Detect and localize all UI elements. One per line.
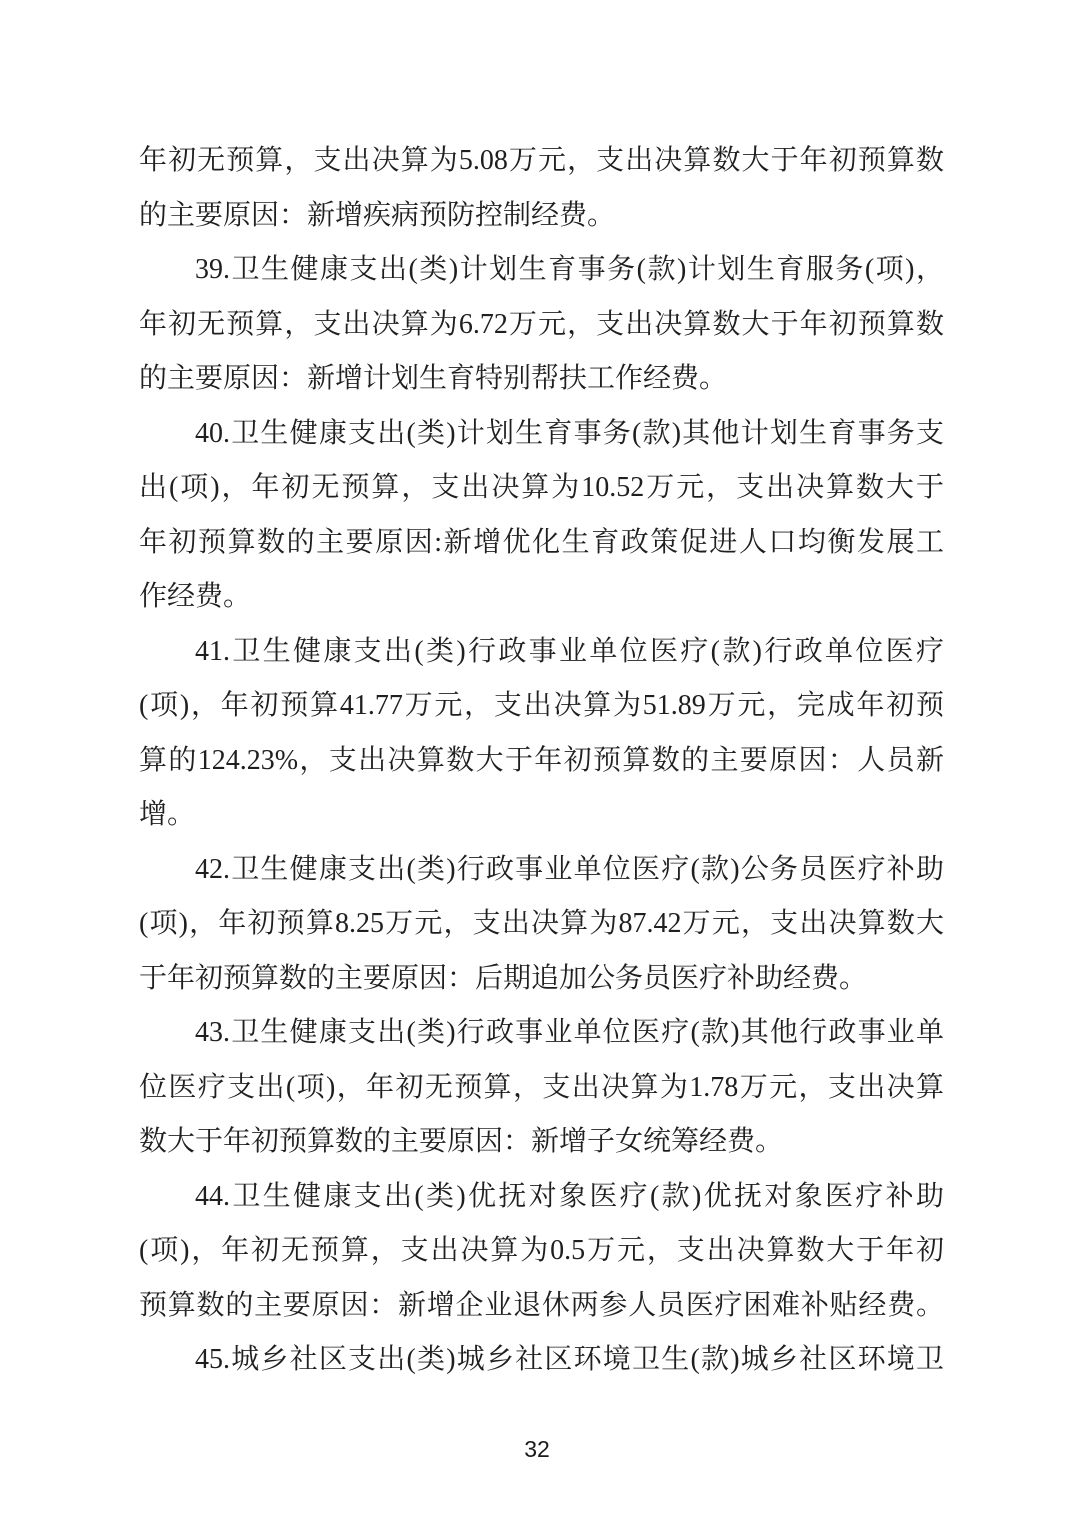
- page-number: 32: [0, 1436, 1074, 1463]
- paragraph-39: 39.卫生健康支出(类)计划生育事务(款)计划生育服务(项)，年初无预算，支出决…: [139, 243, 944, 407]
- document-page: 年初无预算，支出决算为5.08万元，支出决算数大于年初预算数的主要原因：新增疾病…: [0, 0, 1074, 1520]
- text-line: (项)，年初预算8.25万元，支出决算为87.42万元，支出决算数大: [139, 897, 944, 952]
- paragraph-41: 41.卫生健康支出(类)行政事业单位医疗(款)行政单位医疗(项)，年初预算41.…: [139, 625, 944, 843]
- paragraph-38-continuation: 年初无预算，支出决算为5.08万元，支出决算数大于年初预算数的主要原因：新增疾病…: [139, 134, 944, 243]
- text-line: 于年初预算数的主要原因：后期追加公务员医疗补助经费。: [139, 952, 944, 1007]
- text-line: 44.卫生健康支出(类)优抚对象医疗(款)优抚对象医疗补助: [139, 1170, 944, 1225]
- text-line: 预算数的主要原因：新增企业退休两参人员医疗困难补贴经费。: [139, 1279, 944, 1334]
- paragraph-45: 45.城乡社区支出(类)城乡社区环境卫生(款)城乡社区环境卫: [139, 1333, 944, 1388]
- text-line: 位医疗支出(项)，年初无预算，支出决算为1.78万元，支出决算: [139, 1061, 944, 1116]
- text-line: 45.城乡社区支出(类)城乡社区环境卫生(款)城乡社区环境卫: [139, 1333, 944, 1388]
- text-line: 年初无预算，支出决算为5.08万元，支出决算数大于年初预算数: [139, 134, 944, 189]
- text-line: 39.卫生健康支出(类)计划生育事务(款)计划生育服务(项)，: [139, 243, 944, 298]
- text-line: 年初无预算，支出决算为6.72万元，支出决算数大于年初预算数: [139, 298, 944, 353]
- text-line: 的主要原因：新增计划生育特别帮扶工作经费。: [139, 352, 944, 407]
- paragraph-40: 40.卫生健康支出(类)计划生育事务(款)其他计划生育事务支出(项)，年初无预算…: [139, 407, 944, 625]
- text-line: 41.卫生健康支出(类)行政事业单位医疗(款)行政单位医疗: [139, 625, 944, 680]
- text-line: 43.卫生健康支出(类)行政事业单位医疗(款)其他行政事业单: [139, 1006, 944, 1061]
- text-line: 出(项)，年初无预算，支出决算为10.52万元，支出决算数大于: [139, 461, 944, 516]
- page-body-text: 年初无预算，支出决算为5.08万元，支出决算数大于年初预算数的主要原因：新增疾病…: [0, 0, 1074, 1388]
- text-line: 作经费。: [139, 570, 944, 625]
- text-line: 的主要原因：新增疾病预防控制经费。: [139, 189, 944, 244]
- paragraph-42: 42.卫生健康支出(类)行政事业单位医疗(款)公务员医疗补助(项)，年初预算8.…: [139, 843, 944, 1007]
- text-line: (项)，年初无预算，支出决算为0.5万元，支出决算数大于年初: [139, 1224, 944, 1279]
- text-line: 增。: [139, 788, 944, 843]
- text-line: 年初预算数的主要原因:新增优化生育政策促进人口均衡发展工: [139, 516, 944, 571]
- text-line: 数大于年初预算数的主要原因：新增子女统筹经费。: [139, 1115, 944, 1170]
- text-line: (项)，年初预算41.77万元，支出决算为51.89万元，完成年初预: [139, 679, 944, 734]
- paragraph-44: 44.卫生健康支出(类)优抚对象医疗(款)优抚对象医疗补助(项)，年初无预算，支…: [139, 1170, 944, 1334]
- paragraph-43: 43.卫生健康支出(类)行政事业单位医疗(款)其他行政事业单位医疗支出(项)，年…: [139, 1006, 944, 1170]
- text-line: 40.卫生健康支出(类)计划生育事务(款)其他计划生育事务支: [139, 407, 944, 462]
- text-line: 42.卫生健康支出(类)行政事业单位医疗(款)公务员医疗补助: [139, 843, 944, 898]
- text-line: 算的124.23%，支出决算数大于年初预算数的主要原因：人员新: [139, 734, 944, 789]
